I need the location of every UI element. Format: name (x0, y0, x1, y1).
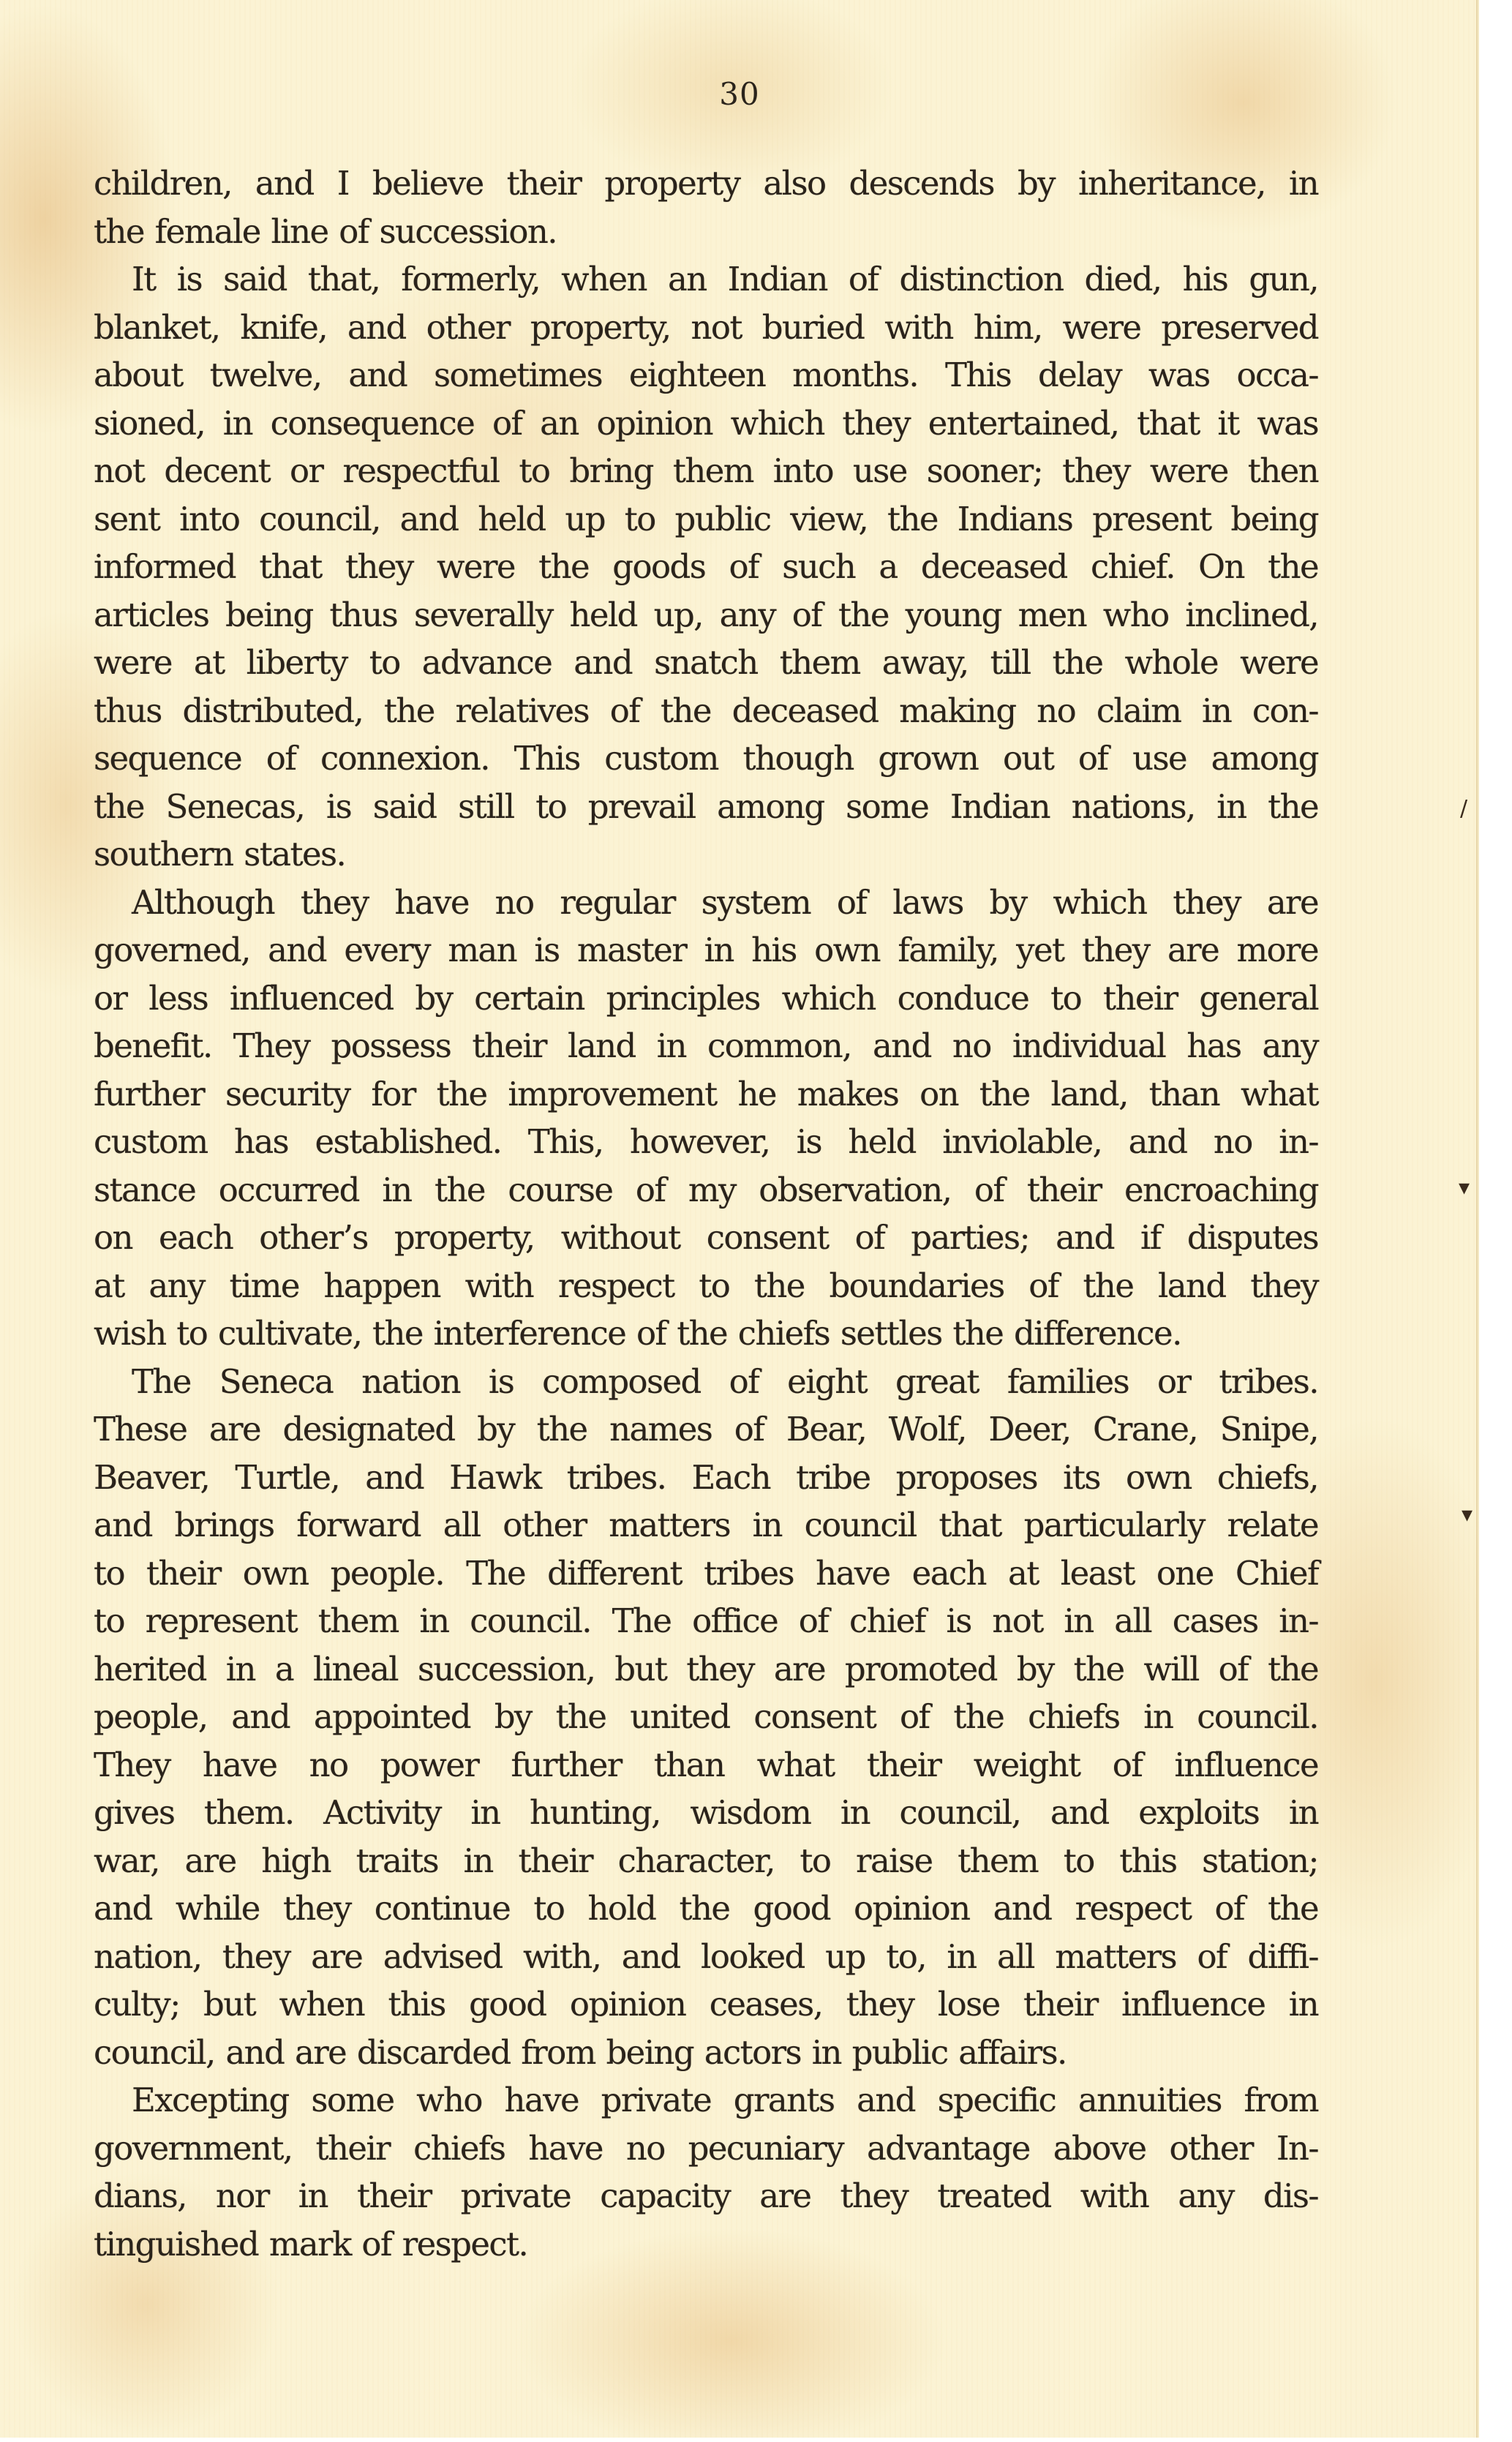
page-edge (1476, 0, 1479, 2438)
margin-mark-icon: ▾ (1462, 1502, 1472, 1528)
text-line: benefit. They possess their land in comm… (94, 1022, 1318, 1070)
text-line: blanket, knife, and other property, not … (94, 304, 1318, 352)
text-line: stance occurred in the course of my obse… (94, 1166, 1318, 1214)
text-line: to represent them in council. The office… (94, 1597, 1318, 1645)
margin-mark-icon: ▾ (1459, 1175, 1470, 1201)
text-line: These are designated by the names of Bea… (94, 1405, 1318, 1454)
text-line: governed, and every man is master in his… (94, 926, 1318, 974)
paragraph-first-line: Excepting some who have private grants a… (94, 2076, 1318, 2124)
text-line: thus distributed, the relatives of the d… (94, 687, 1318, 735)
text-line: to their own people. The different tribe… (94, 1549, 1318, 1598)
text-line: custom has established. This, however, i… (94, 1118, 1318, 1166)
text-line: articles being thus severally held up, a… (94, 591, 1318, 639)
text-line: informed that they were the goods of suc… (94, 543, 1318, 591)
text-line: and while they continue to hold the good… (94, 1885, 1318, 1933)
body-text: children, and I believe their property a… (94, 159, 1318, 2268)
text-line: culty; but when this good opinion ceases… (94, 1980, 1318, 2029)
text-line: council, and are discarded from being ac… (94, 2029, 1318, 2077)
text-line: at any time happen with respect to the b… (94, 1262, 1318, 1310)
text-line: nation, they are advised with, and looke… (94, 1933, 1318, 1981)
paragraph-first-line: Although they have no regular system of … (94, 879, 1318, 927)
text-line: children, and I believe their property a… (94, 159, 1318, 208)
text-line: sequence of connexion. This custom thoug… (94, 735, 1318, 783)
text-line: people, and appointed by the united cons… (94, 1693, 1318, 1741)
text-line: or less influenced by certain principles… (94, 974, 1318, 1023)
text-line: tinguished mark of respect. (94, 2220, 1318, 2269)
text-line: sent into council, and held up to public… (94, 495, 1318, 544)
text-line: sioned, in consequence of an opinion whi… (94, 399, 1318, 448)
text-line: about twelve, and sometimes eighteen mon… (94, 351, 1318, 399)
text-line: the female line of succession. (94, 208, 1318, 256)
text-line: war, are high traits in their character,… (94, 1837, 1318, 1885)
text-line: government, their chiefs have no pecunia… (94, 2124, 1318, 2173)
text-line: herited in a lineal succession, but they… (94, 1645, 1318, 1694)
text-line: Beaver, Turtle, and Hawk tribes. Each tr… (94, 1454, 1318, 1502)
page-number: 30 (0, 76, 1479, 112)
text-line: further security for the improvement he … (94, 1070, 1318, 1119)
text-line: southern states. (94, 830, 1318, 879)
text-line: not decent or respectful to bring them i… (94, 447, 1318, 495)
text-line: wish to cultivate, the interference of t… (94, 1310, 1318, 1358)
text-line: They have no power further than what the… (94, 1741, 1318, 1789)
text-line: the Senecas, is said still to prevail am… (94, 783, 1318, 831)
text-line: on each other’s property, without consen… (94, 1214, 1318, 1262)
margin-mark-icon: / (1460, 796, 1467, 822)
book-page: 30 children, and I believe their propert… (0, 0, 1479, 2438)
text-line: and brings forward all other matters in … (94, 1501, 1318, 1549)
text-line: dians, nor in their private capacity are… (94, 2172, 1318, 2220)
paragraph-first-line: It is said that, formerly, when an India… (94, 255, 1318, 304)
text-line: gives them. Activity in hunting, wisdom … (94, 1789, 1318, 1837)
text-line: were at liberty to advance and snatch th… (94, 639, 1318, 687)
paragraph-first-line: The Seneca nation is composed of eight g… (94, 1358, 1318, 1406)
